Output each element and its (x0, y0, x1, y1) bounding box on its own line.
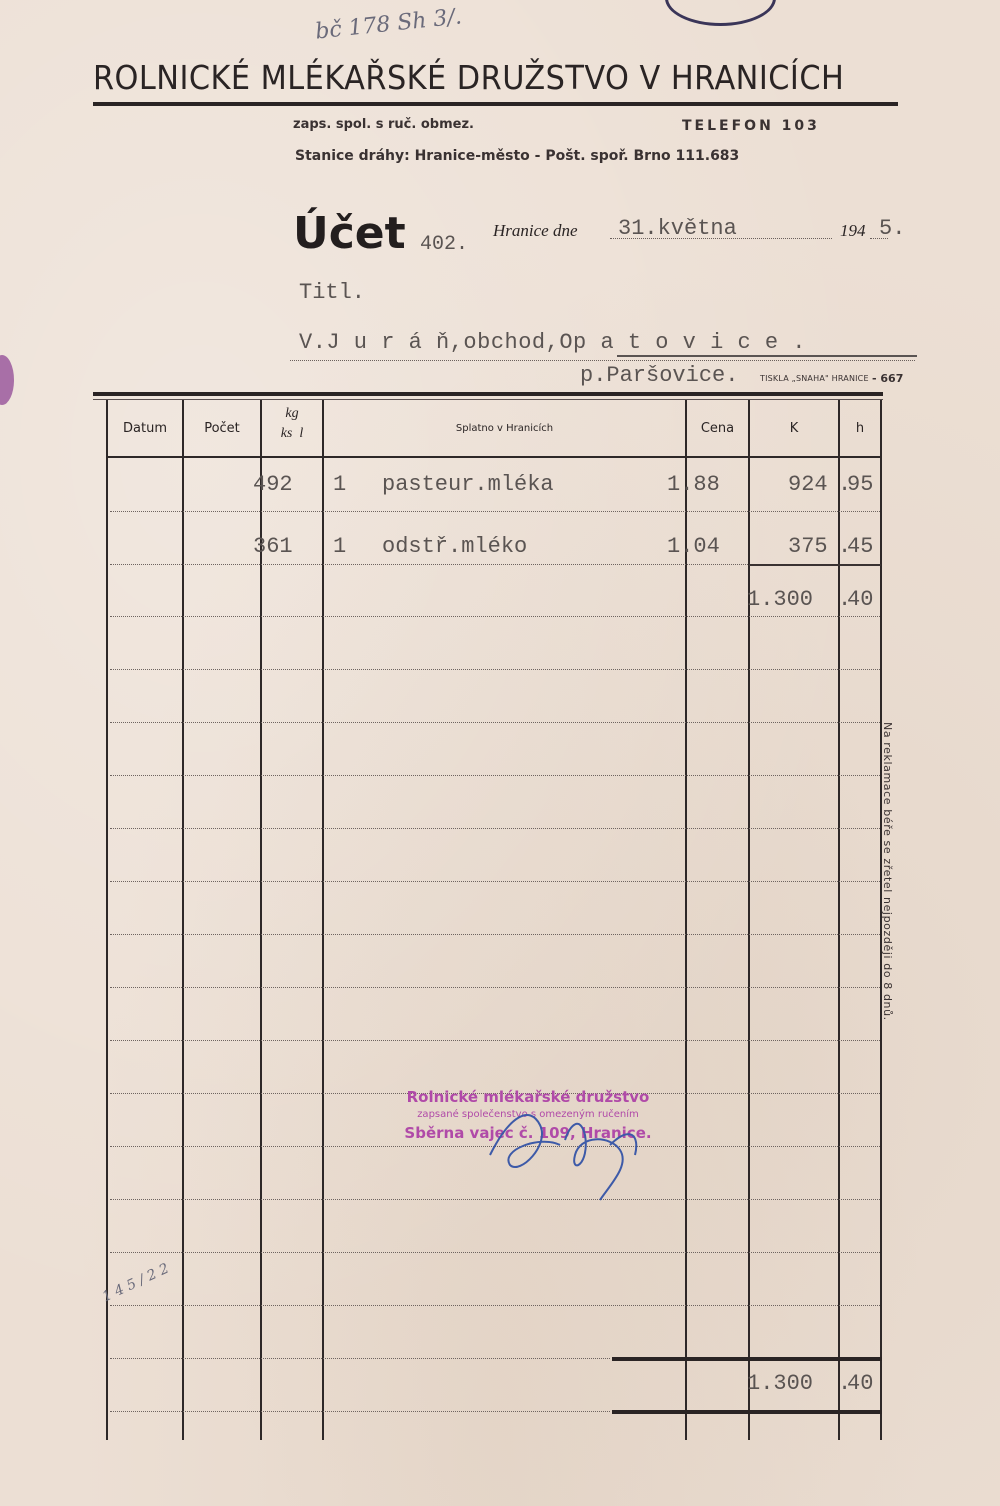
salutation: Titl. (299, 280, 365, 305)
row-line (110, 669, 880, 670)
table-top-rule (93, 392, 883, 396)
row-line (110, 722, 880, 723)
invoice-title: Účet (293, 208, 406, 259)
unit-top: kg (261, 406, 323, 422)
row2-price: 1.04 (667, 534, 720, 559)
table-header-rule (107, 456, 881, 458)
pencil-note: 1 4 5 / 2 2 (100, 1261, 172, 1306)
row-line (110, 828, 880, 829)
station-line: Stanice dráhy: Hranice-město - Pošt. spo… (295, 148, 739, 164)
total-rule-top (612, 1357, 882, 1361)
invoice-date: 31.května (618, 216, 737, 241)
row-line (110, 881, 880, 882)
column-header-unit: kg ks l (261, 400, 323, 456)
subtotal-h: 40 (847, 587, 873, 612)
column-header-description: Splatno v Hranicích (324, 400, 685, 456)
legal-form: zaps. spol. s ruč. obmez. (293, 117, 474, 132)
year-prefix: 194 (840, 221, 866, 241)
row-line (110, 775, 880, 776)
printer-number: - 667 (872, 372, 903, 385)
row-line (110, 1305, 880, 1306)
column-header-datum: Datum (108, 400, 182, 456)
column-header-pocet: Počet (184, 400, 260, 456)
row1-description: pasteur.mléka (382, 472, 554, 497)
row2-h: 45 (847, 534, 873, 559)
unit-bottom: ks l (261, 426, 323, 442)
total-rule-bottom (612, 1410, 882, 1414)
ink-blot (0, 355, 14, 405)
header-rule (93, 102, 898, 106)
row1-price: 1.88 (667, 472, 720, 497)
row1-k: 924 (788, 472, 828, 497)
row2-k: 375 (788, 534, 828, 559)
row1-unit: 1 (333, 472, 346, 497)
telephone: TELEFON 103 (682, 118, 820, 134)
total-h: 40 (847, 1371, 873, 1396)
row1-qty: 492 (253, 472, 293, 497)
column-line (182, 400, 184, 1440)
column-line (106, 400, 108, 1440)
column-header-h: h (840, 400, 880, 456)
subtotal-rule (749, 564, 881, 566)
row-line (110, 1040, 880, 1041)
row-line (110, 1252, 880, 1253)
row-line (110, 987, 880, 988)
total-k: 1.300 (747, 1371, 813, 1396)
customer-dotted-line (290, 360, 915, 361)
subtotal-k: 1.300 (747, 587, 813, 612)
top-round-stamp (665, 0, 776, 26)
complaints-note: Na reklamace béře se zřetel nejpozději d… (880, 722, 894, 1122)
year-suffix: 5. (879, 216, 905, 241)
row2-description: odstř.mléko (382, 534, 527, 559)
place-date-label: Hranice dne (493, 221, 578, 241)
column-header-cena: Cena (687, 400, 748, 456)
row-line (110, 616, 880, 617)
customer-underline (617, 355, 917, 357)
postal-office: p.Paršovice. (580, 363, 738, 388)
row2-unit: 1 (333, 534, 346, 559)
column-line (322, 400, 324, 1440)
invoice-number: 402. (420, 233, 468, 256)
column-header-k: K (750, 400, 838, 456)
signature (470, 1095, 670, 1205)
column-line (748, 400, 750, 1440)
row2-qty: 361 (253, 534, 293, 559)
row-line (110, 511, 880, 512)
handwritten-reference: bč 178 Sh 3/. (314, 4, 463, 44)
row-line (110, 934, 880, 935)
row1-h: 95 (847, 472, 873, 497)
row-line (110, 1358, 610, 1359)
customer-name: V.J u r á ň,obchod,Op a t o v i c e . (299, 330, 806, 355)
printer-mark: TISKLA „SNAHA" HRANICE (760, 374, 869, 383)
company-name: ROLNICKÉ MLÉKAŘSKÉ DRUŽSTVO V HRANICÍCH (93, 58, 844, 97)
row-line (110, 1411, 610, 1412)
